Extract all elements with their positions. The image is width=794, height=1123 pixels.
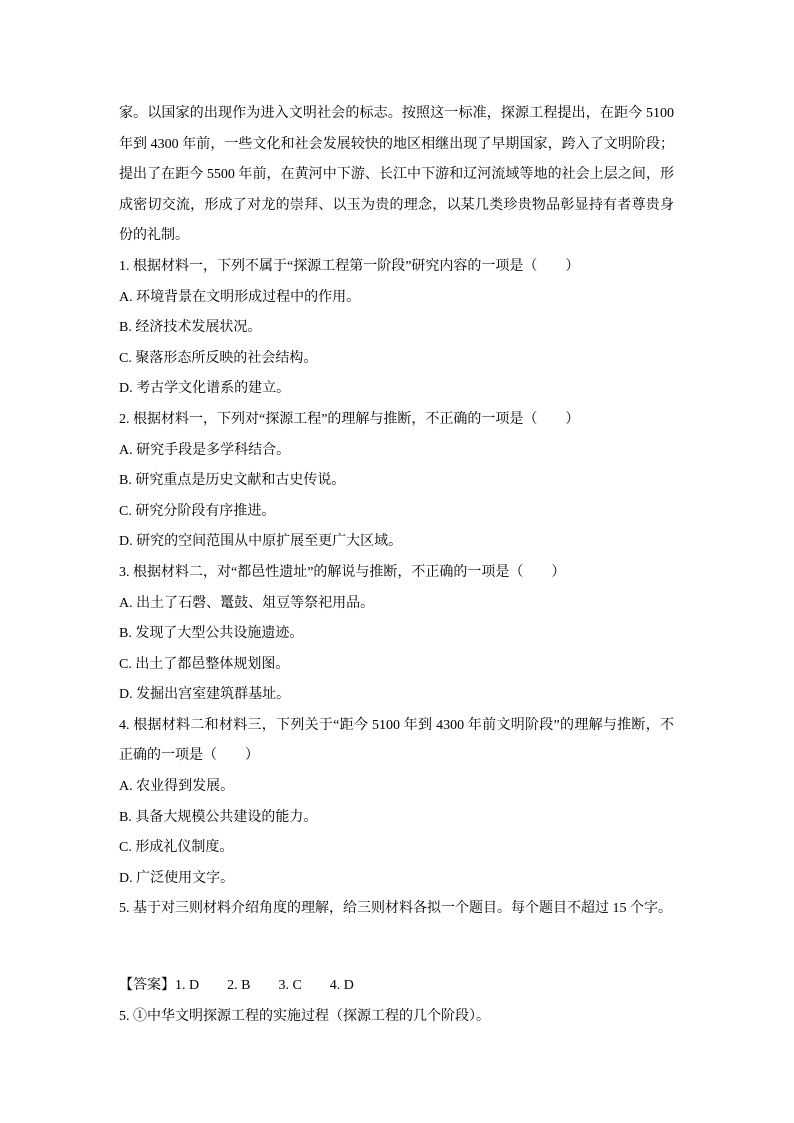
question-1-option-a: A. 环境背景在文明形成过程中的作用。 [119,283,674,314]
answer-5-line: 5. ①中华文明探源工程的实施过程（探源工程的几个阶段）。 [119,1002,674,1033]
question-1-stem: 1. 根据材料一，下列不属于“探源工程第一阶段”研究内容的一项是（ ） [119,252,674,283]
question-1-option-c: C. 聚落形态所反映的社会结构。 [119,344,674,375]
question-3-option-d: D. 发掘出宫室建筑群基址。 [119,680,674,711]
question-2-option-d: D. 研究的空间范围从中原扩展至更广大区域。 [119,527,674,558]
question-2-option-b: B. 研究重点是历史文献和古史传说。 [119,466,674,497]
question-1-option-d: D. 考古学文化谱系的建立。 [119,374,674,405]
question-1-option-b: B. 经济技术发展状况。 [119,313,674,344]
answer-key-label: 【答案】 [119,978,175,993]
question-2-stem: 2. 根据材料一，下列对“探源工程”的理解与推断，不正确的一项是（ ） [119,405,674,436]
question-4-stem: 4. 根据材料二和材料三，下列关于“距今 5100 年到 4300 年前文明阶段… [119,711,674,772]
document-page: 家。以国家的出现作为进入文明社会的标志。按照这一标准，探源工程提出，在距今 51… [0,0,794,1123]
question-2-option-a: A. 研究手段是多学科结合。 [119,436,674,467]
question-3-option-c: C. 出土了都邑整体规划图。 [119,650,674,681]
question-3-option-a: A. 出土了石磬、鼍鼓、俎豆等祭祀用品。 [119,589,674,620]
question-4-option-a: A. 农业得到发展。 [119,772,674,803]
question-4-option-b: B. 具备大规模公共建设的能力。 [119,803,674,834]
question-2-option-c: C. 研究分阶段有序推进。 [119,497,674,528]
answer-key-line: 【答案】1. D 2. B 3. C 4. D [119,971,674,1002]
answer-key-choices: 1. D 2. B 3. C 4. D [175,978,354,993]
intro-paragraph: 家。以国家的出现作为进入文明社会的标志。按照这一标准，探源工程提出，在距今 51… [119,99,674,252]
question-4-option-d: D. 广泛使用文字。 [119,864,674,895]
question-3-option-b: B. 发现了大型公共设施遗迹。 [119,619,674,650]
question-3-stem: 3. 根据材料二，对“都邑性遗址”的解说与推断，不正确的一项是（ ） [119,558,674,589]
question-4-option-c: C. 形成礼仪制度。 [119,833,674,864]
question-5-stem: 5. 基于对三则材料介绍角度的理解，给三则材料各拟一个题目。每个题目不超过 15… [119,894,674,925]
